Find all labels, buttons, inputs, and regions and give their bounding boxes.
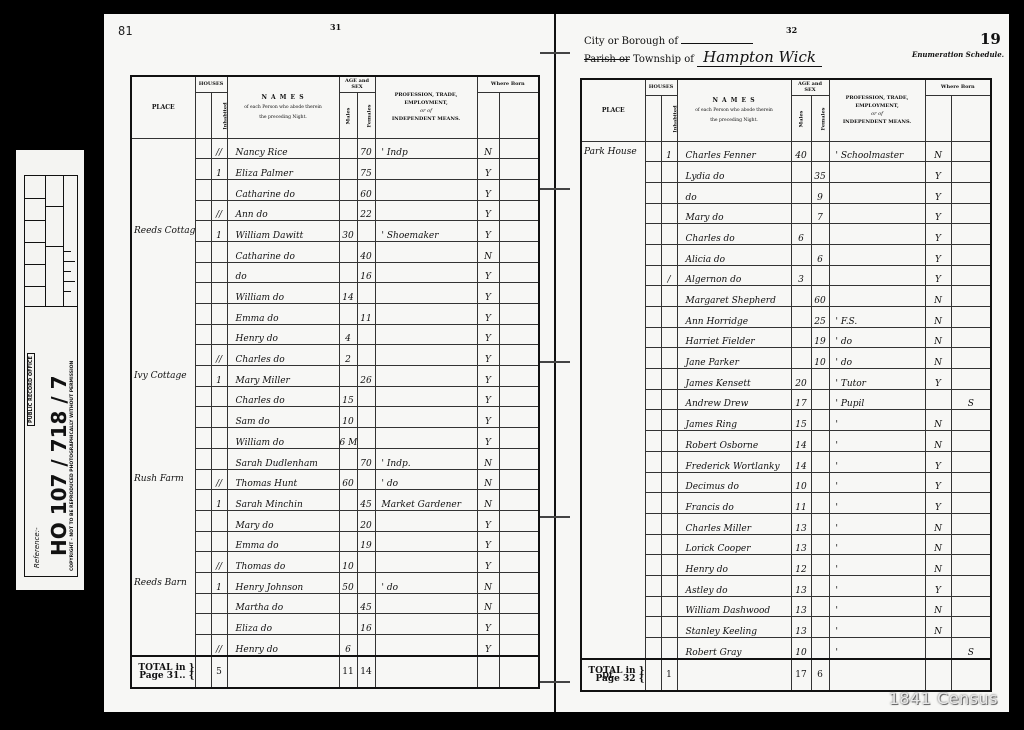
profession — [829, 265, 925, 286]
born-same-county: Y — [477, 221, 499, 242]
uninhabited-mark — [645, 596, 661, 617]
male-age: 6 — [339, 635, 357, 656]
census-place — [581, 286, 645, 307]
female-age — [357, 407, 375, 428]
person-name: Ann do — [227, 200, 339, 221]
header-place: PLACE — [581, 79, 645, 141]
census-row: Emma do11Y — [131, 304, 539, 325]
born-same-county: N — [477, 572, 499, 593]
male-age: 3 — [791, 265, 811, 286]
census-row: Decimus do10'Y — [581, 472, 991, 493]
census-row: James Ring15'N — [581, 410, 991, 431]
male-age — [791, 203, 811, 224]
header-profession: PROFESSION, TRADE, EMPLOYMENT, or of IND… — [829, 79, 925, 141]
person-name: William Dashwood — [677, 596, 791, 617]
born-foreign — [499, 138, 539, 159]
born-same-county: N — [477, 448, 499, 469]
uninhabited-mark — [645, 182, 661, 203]
census-row: //Ann do22Y — [131, 200, 539, 221]
born-same-county: Y — [477, 407, 499, 428]
right-page: 32 City or Borough of Parish or Township… — [558, 14, 1009, 712]
person-name: Martha do — [227, 593, 339, 614]
born-same-county: Y — [477, 614, 499, 635]
person-name: Decimus do — [677, 472, 791, 493]
census-row: Emma do19Y — [131, 531, 539, 552]
header-houses: HOUSES — [195, 76, 227, 92]
inhabited-mark — [661, 203, 677, 224]
profession — [375, 635, 477, 656]
person-name: Charles do — [677, 224, 791, 245]
parish-label-struck: Parish or — [584, 54, 630, 65]
female-age — [357, 324, 375, 345]
profession: ' do — [829, 348, 925, 369]
inhabited-mark — [211, 262, 227, 283]
born-foreign — [499, 366, 539, 387]
born-same-county: Y — [925, 451, 951, 472]
male-age: 15 — [791, 410, 811, 431]
person-name: Thomas Hunt — [227, 469, 339, 490]
female-age — [357, 221, 375, 242]
person-name: Catharine do — [227, 241, 339, 262]
male-age — [339, 490, 357, 511]
profession: ' — [829, 513, 925, 534]
census-row: Catharine do60Y — [131, 179, 539, 200]
census-row: Reeds Barn1Henry Johnson50' doN — [131, 572, 539, 593]
born-same-county: N — [925, 348, 951, 369]
female-age: 60 — [357, 179, 375, 200]
census-row: do16Y — [131, 262, 539, 283]
born-foreign — [951, 369, 991, 390]
born-foreign: S — [951, 389, 991, 410]
census-row: Henry do12'N — [581, 555, 991, 576]
profession — [375, 386, 477, 407]
header-age-sex: AGE and SEX — [791, 79, 829, 95]
male-age: 40 — [791, 141, 811, 162]
male-age: 13 — [791, 513, 811, 534]
born-same-county: Y — [477, 304, 499, 325]
profession — [375, 262, 477, 283]
inhabited-mark — [211, 531, 227, 552]
census-place: Rush Farm — [131, 469, 195, 490]
inhabited-mark — [661, 244, 677, 265]
census-place — [131, 386, 195, 407]
profession — [829, 244, 925, 265]
person-name: Astley do — [677, 575, 791, 596]
census-place — [131, 614, 195, 635]
born-foreign — [951, 182, 991, 203]
census-row: //Charles do2Y — [131, 345, 539, 366]
uninhabited-mark — [645, 451, 661, 472]
profession: ' — [829, 451, 925, 472]
uninhabited-mark — [195, 593, 211, 614]
uninhabited-mark — [645, 493, 661, 514]
female-age: 6 — [811, 244, 829, 265]
profession — [829, 224, 925, 245]
person-name: William do — [227, 283, 339, 304]
header-foreign: Whether Born in Scotland, Ireland, or Fo… — [951, 95, 991, 141]
census-place — [581, 327, 645, 348]
male-age: 10 — [791, 472, 811, 493]
person-name: Francis do — [677, 493, 791, 514]
female-age — [811, 513, 829, 534]
born-same-county: Y — [925, 369, 951, 390]
born-foreign — [951, 162, 991, 183]
inhabited-mark — [661, 472, 677, 493]
person-name: Mary do — [677, 203, 791, 224]
male-age — [339, 262, 357, 283]
born-foreign — [499, 531, 539, 552]
male-age — [791, 182, 811, 203]
male-age — [339, 200, 357, 221]
names-sub2: the preceding Night. — [228, 115, 339, 120]
born-same-county — [925, 389, 951, 410]
census-row: Charles do15Y — [131, 386, 539, 407]
male-age — [791, 162, 811, 183]
born-foreign — [951, 555, 991, 576]
census-place — [131, 407, 195, 428]
uninhabited-mark — [195, 200, 211, 221]
profession-line-1: PROFESSION, TRADE, — [376, 91, 477, 99]
profession: ' — [829, 555, 925, 576]
born-same-county: N — [477, 241, 499, 262]
male-age: 17 — [791, 389, 811, 410]
born-same-county: Y — [477, 324, 499, 345]
person-name: Lydia do — [677, 162, 791, 183]
female-age — [811, 575, 829, 596]
uninhabited-mark — [195, 159, 211, 180]
female-age: 75 — [357, 159, 375, 180]
census-row: Henry do4Y — [131, 324, 539, 345]
total-label: TOTAL in }Page 31.. { — [131, 656, 195, 688]
census-row: Astley do13'Y — [581, 575, 991, 596]
born-same-county: Y — [477, 345, 499, 366]
inhabited-mark — [211, 324, 227, 345]
census-row: //Thomas do10Y — [131, 552, 539, 573]
born-same-county: N — [477, 490, 499, 511]
born-foreign — [951, 575, 991, 596]
left-page: 81 31 PLACE HOUSES N A M E S of each Per… — [104, 14, 554, 712]
uninhabited-mark — [645, 638, 661, 659]
person-name: Eliza do — [227, 614, 339, 635]
person-name: Eliza Palmer — [227, 159, 339, 180]
inhabited-mark — [211, 304, 227, 325]
uninhabited-mark — [195, 179, 211, 200]
copyright-notice: COPYRIGHT - NOT TO BE REPRODUCED PHOTOGR… — [70, 361, 75, 571]
person-name: Andrew Drew — [677, 389, 791, 410]
uninhabited-mark — [645, 534, 661, 555]
male-age — [339, 448, 357, 469]
census-place — [131, 593, 195, 614]
male-age: 11 — [791, 493, 811, 514]
person-name: Stanley Keeling — [677, 617, 791, 638]
female-age: 11 — [357, 304, 375, 325]
female-age — [811, 389, 829, 410]
inhabited-mark — [211, 407, 227, 428]
census-row: Sarah Dudlenham70' Indp.N — [131, 448, 539, 469]
profession: ' Shoemaker — [375, 221, 477, 242]
scale-ruler — [25, 176, 77, 307]
uninhabited-mark — [195, 552, 211, 573]
reference-strip: PUBLIC RECORD OFFICE HO 107 / 718 / 7 Re… — [16, 150, 84, 590]
header-names: N A M E S of each Person who abode there… — [677, 79, 791, 141]
census-row: William Dashwood13'N — [581, 596, 991, 617]
born-same-county: Y — [477, 552, 499, 573]
born-same-county: Y — [925, 472, 951, 493]
uninhabited-mark — [645, 307, 661, 328]
profession — [829, 203, 925, 224]
profession: ' Tutor — [829, 369, 925, 390]
census-place — [581, 493, 645, 514]
female-age — [811, 534, 829, 555]
book-spine — [554, 14, 556, 712]
profession: ' do — [375, 469, 477, 490]
female-age: 40 — [357, 241, 375, 262]
male-age — [339, 593, 357, 614]
person-name: Sarah Dudlenham — [227, 448, 339, 469]
inhabited-mark: // — [211, 345, 227, 366]
profession — [375, 366, 477, 387]
uninhabited-mark — [195, 283, 211, 304]
profession — [375, 531, 477, 552]
schedule-number: 19 — [980, 30, 1001, 48]
person-name: Charles do — [227, 345, 339, 366]
inhabited-mark — [661, 638, 677, 659]
female-age: 35 — [811, 162, 829, 183]
person-name: Charles do — [227, 386, 339, 407]
person-name: Charles Fenner — [677, 141, 791, 162]
header-names: N A M E S of each Person who abode there… — [227, 76, 339, 138]
census-row: Lydia do35Y — [581, 162, 991, 183]
header-females: Females — [811, 95, 829, 141]
profession — [375, 324, 477, 345]
profession — [829, 182, 925, 203]
census-place — [581, 638, 645, 659]
born-foreign — [499, 490, 539, 511]
born-foreign — [951, 431, 991, 452]
names-sub1: of each Person who abode therein — [228, 105, 339, 110]
inhabited-mark — [211, 179, 227, 200]
profession: Market Gardener — [375, 490, 477, 511]
female-age — [811, 224, 829, 245]
census-row: Lorick Cooper13'N — [581, 534, 991, 555]
inhabited-mark — [211, 448, 227, 469]
census-place — [581, 617, 645, 638]
born-foreign — [499, 200, 539, 221]
header-females: Females — [357, 92, 375, 138]
inhabited-mark — [211, 510, 227, 531]
census-row: William do14Y — [131, 283, 539, 304]
census-row: James Kensett20' TutorY — [581, 369, 991, 390]
profession: ' Schoolmaster — [829, 141, 925, 162]
total-label: TOTAL in }Page 32 { — [581, 659, 645, 691]
uninhabited-mark — [195, 428, 211, 449]
census-place — [131, 179, 195, 200]
inhabited-mark — [661, 286, 677, 307]
census-row: Stanley Keeling13'N — [581, 617, 991, 638]
uninhabited-mark — [645, 286, 661, 307]
footer-mark: Df — [602, 670, 612, 680]
uninhabited-mark — [195, 138, 211, 159]
census-place — [131, 345, 195, 366]
female-age: 22 — [357, 200, 375, 221]
census-row: Robert Gray10'S — [581, 638, 991, 659]
born-same-county: Y — [925, 575, 951, 596]
profession-line-2: EMPLOYMENT, — [830, 102, 925, 110]
born-same-county: Y — [925, 224, 951, 245]
header-inhabited: Inhabited — [661, 95, 677, 141]
born-foreign — [951, 307, 991, 328]
folio-number: 32 — [786, 25, 797, 35]
city-label: City or Borough of — [584, 36, 678, 47]
inhabited-mark — [661, 575, 677, 596]
born-same-county: Y — [477, 159, 499, 180]
profession — [375, 510, 477, 531]
male-age: 50 — [339, 572, 357, 593]
female-age — [811, 472, 829, 493]
census-row: Catharine do40N — [131, 241, 539, 262]
person-name: Mary do — [227, 510, 339, 531]
uninhabited-mark — [645, 141, 661, 162]
total-inhabited: 5 — [211, 656, 227, 688]
profession: ' Pupil — [829, 389, 925, 410]
born-same-county: Y — [925, 493, 951, 514]
person-name: Lorick Cooper — [677, 534, 791, 555]
inhabited-mark — [661, 182, 677, 203]
female-age — [811, 451, 829, 472]
profession — [829, 162, 925, 183]
header-inhabited: Inhabited — [211, 92, 227, 138]
person-name: Harriet Fielder — [677, 327, 791, 348]
born-same-county: Y — [925, 203, 951, 224]
person-name: Emma do — [227, 531, 339, 552]
male-age: 13 — [791, 575, 811, 596]
male-age — [339, 531, 357, 552]
census-place: Reeds Cottage — [131, 221, 195, 242]
male-age: 10 — [339, 407, 357, 428]
header-uninhabited: Uninhabited or Building — [645, 95, 661, 141]
male-age — [339, 304, 357, 325]
born-same-county: Y — [477, 366, 499, 387]
person-name: Sam do — [227, 407, 339, 428]
uninhabited-mark — [645, 348, 661, 369]
names-title: N A M E S — [228, 94, 339, 101]
total-females: 6 — [811, 659, 829, 691]
census-place — [581, 162, 645, 183]
born-foreign — [951, 286, 991, 307]
born-same-county: N — [925, 617, 951, 638]
female-age — [811, 596, 829, 617]
inhabited-mark: // — [211, 635, 227, 656]
male-age — [339, 510, 357, 531]
names-sub1: of each Person who abode therein — [678, 108, 791, 113]
born-foreign — [951, 596, 991, 617]
male-age — [339, 614, 357, 635]
census-place: Park House — [581, 141, 645, 162]
born-foreign — [499, 635, 539, 656]
person-name: Henry do — [227, 635, 339, 656]
female-age — [811, 638, 829, 659]
born-same-county: N — [925, 327, 951, 348]
born-same-county: Y — [477, 510, 499, 531]
profession: ' — [829, 596, 925, 617]
born-same-county: Y — [477, 200, 499, 221]
total-males: 17 — [791, 659, 811, 691]
born-foreign — [499, 304, 539, 325]
census-place — [581, 534, 645, 555]
census-place — [131, 262, 195, 283]
profession: ' — [829, 534, 925, 555]
born-same-county: Y — [925, 182, 951, 203]
female-age: 70 — [357, 448, 375, 469]
census-place — [581, 575, 645, 596]
male-age: 15 — [339, 386, 357, 407]
uninhabited-mark — [195, 614, 211, 635]
female-age — [811, 369, 829, 390]
uninhabited-mark — [645, 555, 661, 576]
census-place — [131, 635, 195, 656]
born-foreign — [499, 345, 539, 366]
census-place — [581, 596, 645, 617]
person-name: Mary Miller — [227, 366, 339, 387]
inhabited-mark: 1 — [661, 141, 677, 162]
born-foreign — [951, 224, 991, 245]
reference-card: PUBLIC RECORD OFFICE HO 107 / 718 / 7 Re… — [24, 175, 78, 577]
census-row: William do6 MoY — [131, 428, 539, 449]
born-foreign — [951, 513, 991, 534]
inhabited-mark — [661, 327, 677, 348]
census-row: Francis do11'Y — [581, 493, 991, 514]
born-foreign — [499, 386, 539, 407]
person-name: Catharine do — [227, 179, 339, 200]
census-place — [581, 555, 645, 576]
born-same-county: N — [477, 469, 499, 490]
uninhabited-mark — [195, 241, 211, 262]
female-age — [811, 141, 829, 162]
left-rows: //Nancy Rice70' IndpN1Eliza Palmer75YCat… — [131, 138, 539, 656]
profession-line-2: EMPLOYMENT, — [376, 99, 477, 107]
inhabited-mark — [211, 428, 227, 449]
census-place — [581, 224, 645, 245]
uninhabited-mark — [645, 513, 661, 534]
uninhabited-mark — [645, 472, 661, 493]
census-place — [131, 324, 195, 345]
census-place — [131, 159, 195, 180]
census-place — [581, 369, 645, 390]
person-name: William Dawitt — [227, 221, 339, 242]
header-same-county: Whether Born in same County — [477, 92, 499, 138]
person-name: William do — [227, 428, 339, 449]
born-foreign — [499, 159, 539, 180]
person-name: Algernon do — [677, 265, 791, 286]
uninhabited-mark — [645, 389, 661, 410]
born-foreign — [951, 203, 991, 224]
inhabited-mark — [661, 534, 677, 555]
born-foreign — [951, 141, 991, 162]
born-foreign — [951, 348, 991, 369]
born-foreign — [951, 472, 991, 493]
born-same-county: Y — [477, 428, 499, 449]
inhabited-mark — [211, 593, 227, 614]
inhabited-mark — [661, 348, 677, 369]
person-name: James Ring — [677, 410, 791, 431]
female-age — [811, 410, 829, 431]
inhabited-mark: // — [211, 200, 227, 221]
uninhabited-mark — [645, 244, 661, 265]
uninhabited-mark — [645, 410, 661, 431]
right-rows: Park House1Charles Fenner40' Schoolmaste… — [581, 141, 991, 659]
uninhabited-mark — [195, 490, 211, 511]
female-age — [811, 265, 829, 286]
